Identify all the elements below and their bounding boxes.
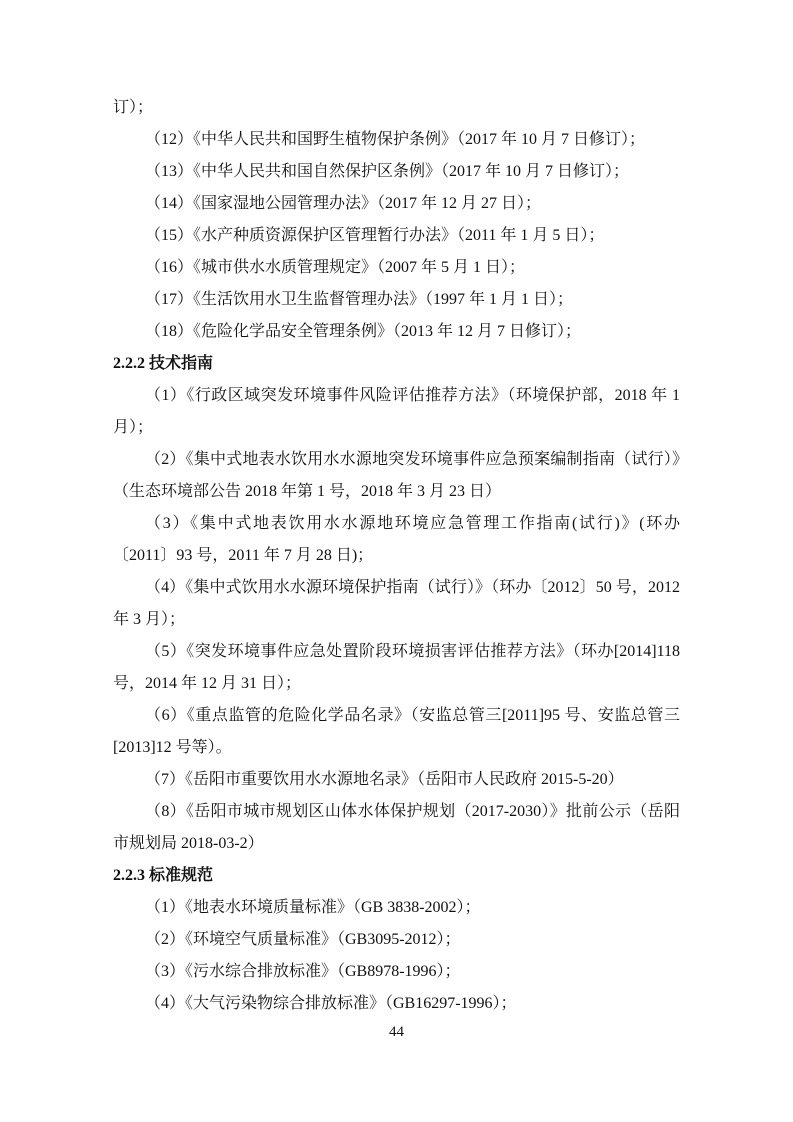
section-heading-2-2-2: 2.2.2 技术指南	[113, 348, 680, 380]
reference-item-12: （12）《中华人民共和国野生植物保护条例》（2017 年 10 月 7 日修订）…	[113, 124, 680, 156]
guide-item-7: （7）《岳阳市重要饮用水水源地名录》（岳阳市人民政府 2015-5-20）	[113, 764, 680, 796]
reference-item-16: （16）《城市供水水质管理规定》（2007 年 5 月 1 日）；	[113, 252, 680, 284]
reference-item-18: （18）《危险化学品安全管理条例》（2013 年 12 月 7 日修订）；	[113, 316, 680, 348]
reference-item-13: （13）《中华人民共和国自然保护区条例》（2017 年 10 月 7 日修订）；	[113, 156, 680, 188]
continuation-line: 订）；	[113, 92, 680, 124]
standard-item-4: （4）《大气污染物综合排放标准》（GB16297-1996）；	[113, 988, 680, 1020]
standard-item-1: （1）《地表水环境质量标准》（GB 3838-2002）；	[113, 892, 680, 924]
standard-item-2: （2）《环境空气质量标准》（GB3095-2012）；	[113, 924, 680, 956]
page-number: 44	[0, 1020, 793, 1044]
guide-item-6: （6）《重点监管的危险化学品名录》（安监总管三[2011]95 号、安监总管三[…	[113, 700, 680, 764]
guide-item-1: （1）《行政区域突发环境事件风险评估推荐方法》（环境保护部，2018 年 1 月…	[113, 380, 680, 444]
guide-item-8: （8）《岳阳市城市规划区山体水体保护规划（2017-2030）》批前公示（岳阳市…	[113, 796, 680, 860]
document-body: 订）； （12）《中华人民共和国野生植物保护条例》（2017 年 10 月 7 …	[113, 92, 680, 1020]
reference-item-14: （14）《国家湿地公园管理办法》（2017 年 12 月 27 日）；	[113, 188, 680, 220]
standard-item-3: （3）《污水综合排放标准》（GB8978-1996）；	[113, 956, 680, 988]
section-heading-2-2-3: 2.2.3 标准规范	[113, 860, 680, 892]
reference-item-17: （17）《生活饮用水卫生监督管理办法》（1997 年 1 月 1 日）；	[113, 284, 680, 316]
guide-item-2: （2）《集中式地表水饮用水水源地突发环境事件应急预案编制指南（试行）》（生态环境…	[113, 444, 680, 508]
guide-item-4: （4）《集中式饮用水水源环境保护指南（试行）》（环办〔2012〕50 号，201…	[113, 572, 680, 636]
document-page: 订）； （12）《中华人民共和国野生植物保护条例》（2017 年 10 月 7 …	[0, 0, 793, 1122]
guide-item-5: （5）《突发环境事件应急处置阶段环境损害评估推荐方法》（环办[2014]118 …	[113, 636, 680, 700]
reference-item-15: （15）《水产种质资源保护区管理暂行办法》（2011 年 1 月 5 日）；	[113, 220, 680, 252]
guide-item-3: （3）《集中式地表饮用水水源地环境应急管理工作指南(试行)》(环办〔2011〕9…	[113, 508, 680, 572]
